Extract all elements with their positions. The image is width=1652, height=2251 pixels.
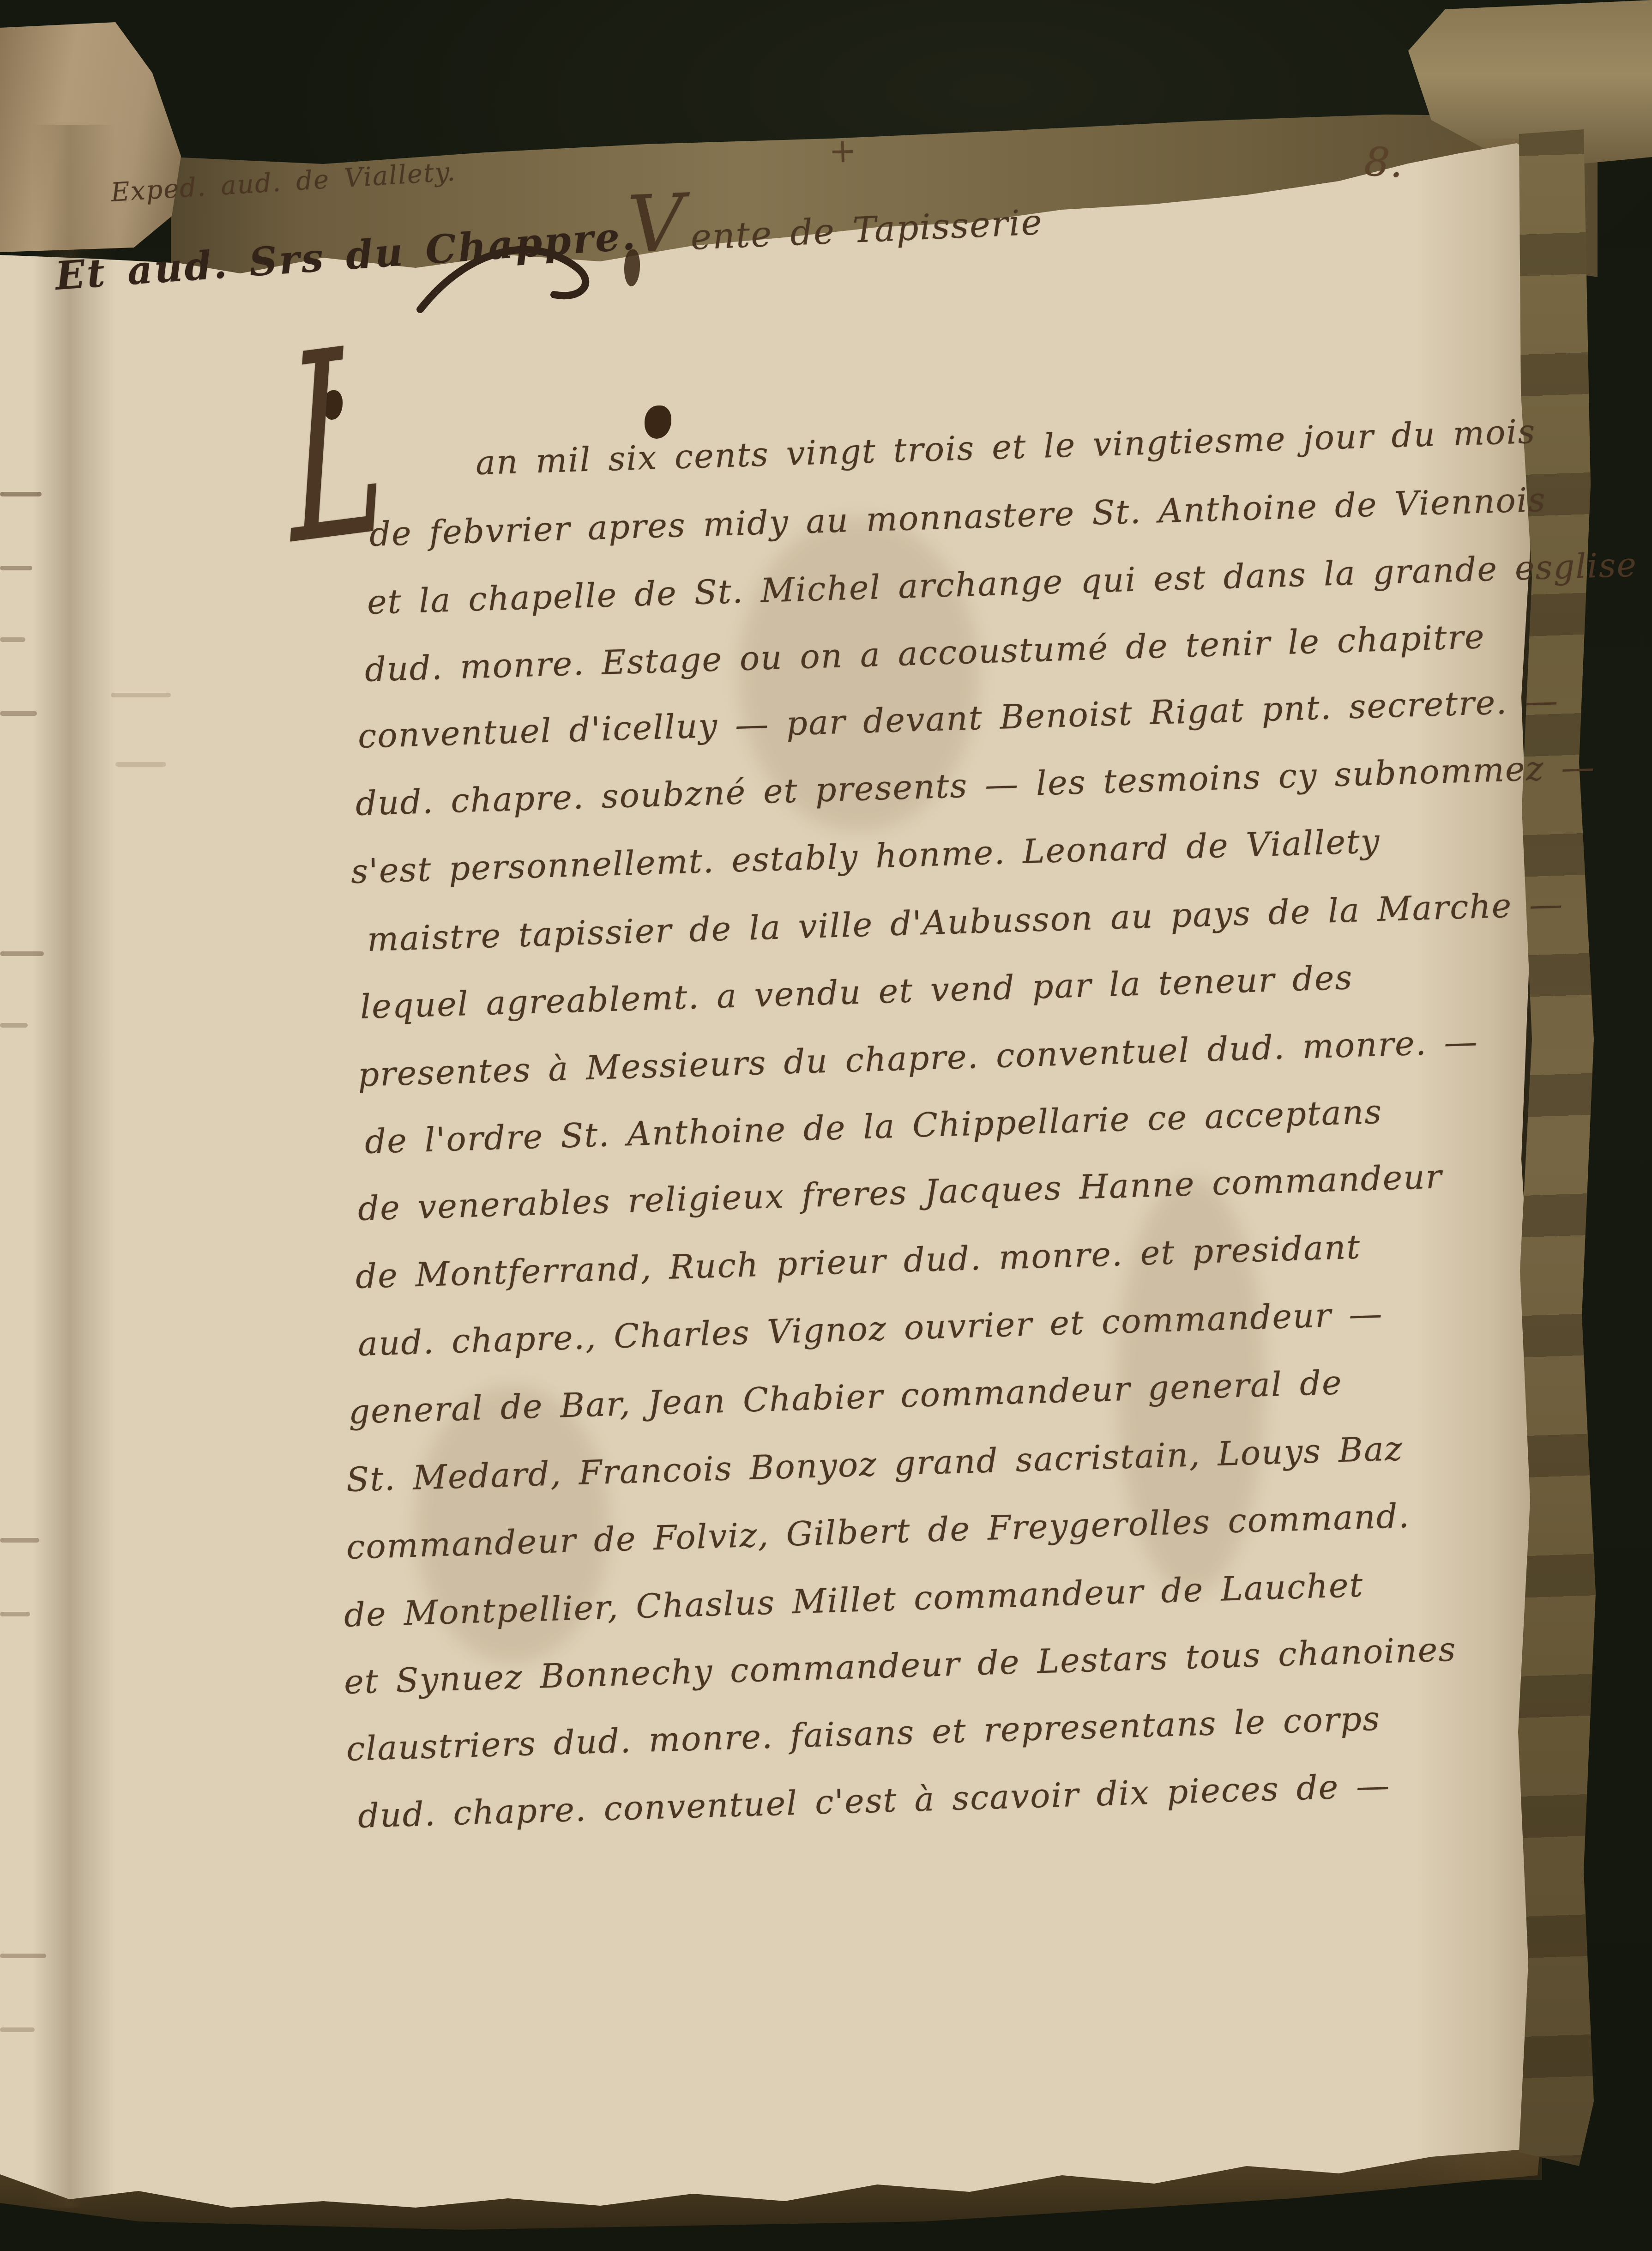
showthrough-dash <box>0 1538 39 1543</box>
folio-number: 8. <box>1363 139 1405 187</box>
showthrough-dash <box>0 1954 46 1958</box>
showthrough-dash <box>0 2027 35 2032</box>
gutter-crease <box>32 125 115 2208</box>
showthrough-dash <box>0 711 37 716</box>
showthrough-dash <box>111 693 171 697</box>
title-initial-letter: V <box>627 192 687 257</box>
showthrough-dash <box>0 1023 28 1028</box>
showthrough-dash <box>0 951 44 956</box>
showthrough-dash <box>0 637 25 642</box>
invocation-cross: + <box>828 131 858 170</box>
paraph-flourish <box>416 240 609 319</box>
showthrough-dash <box>0 1612 30 1616</box>
manuscript-photo: + 8. Exped. aud. de Viallety. Et aud. Sr… <box>0 0 1652 2251</box>
showthrough-dash <box>0 566 32 570</box>
showthrough-dash <box>0 492 42 496</box>
showthrough-dash <box>115 762 166 767</box>
